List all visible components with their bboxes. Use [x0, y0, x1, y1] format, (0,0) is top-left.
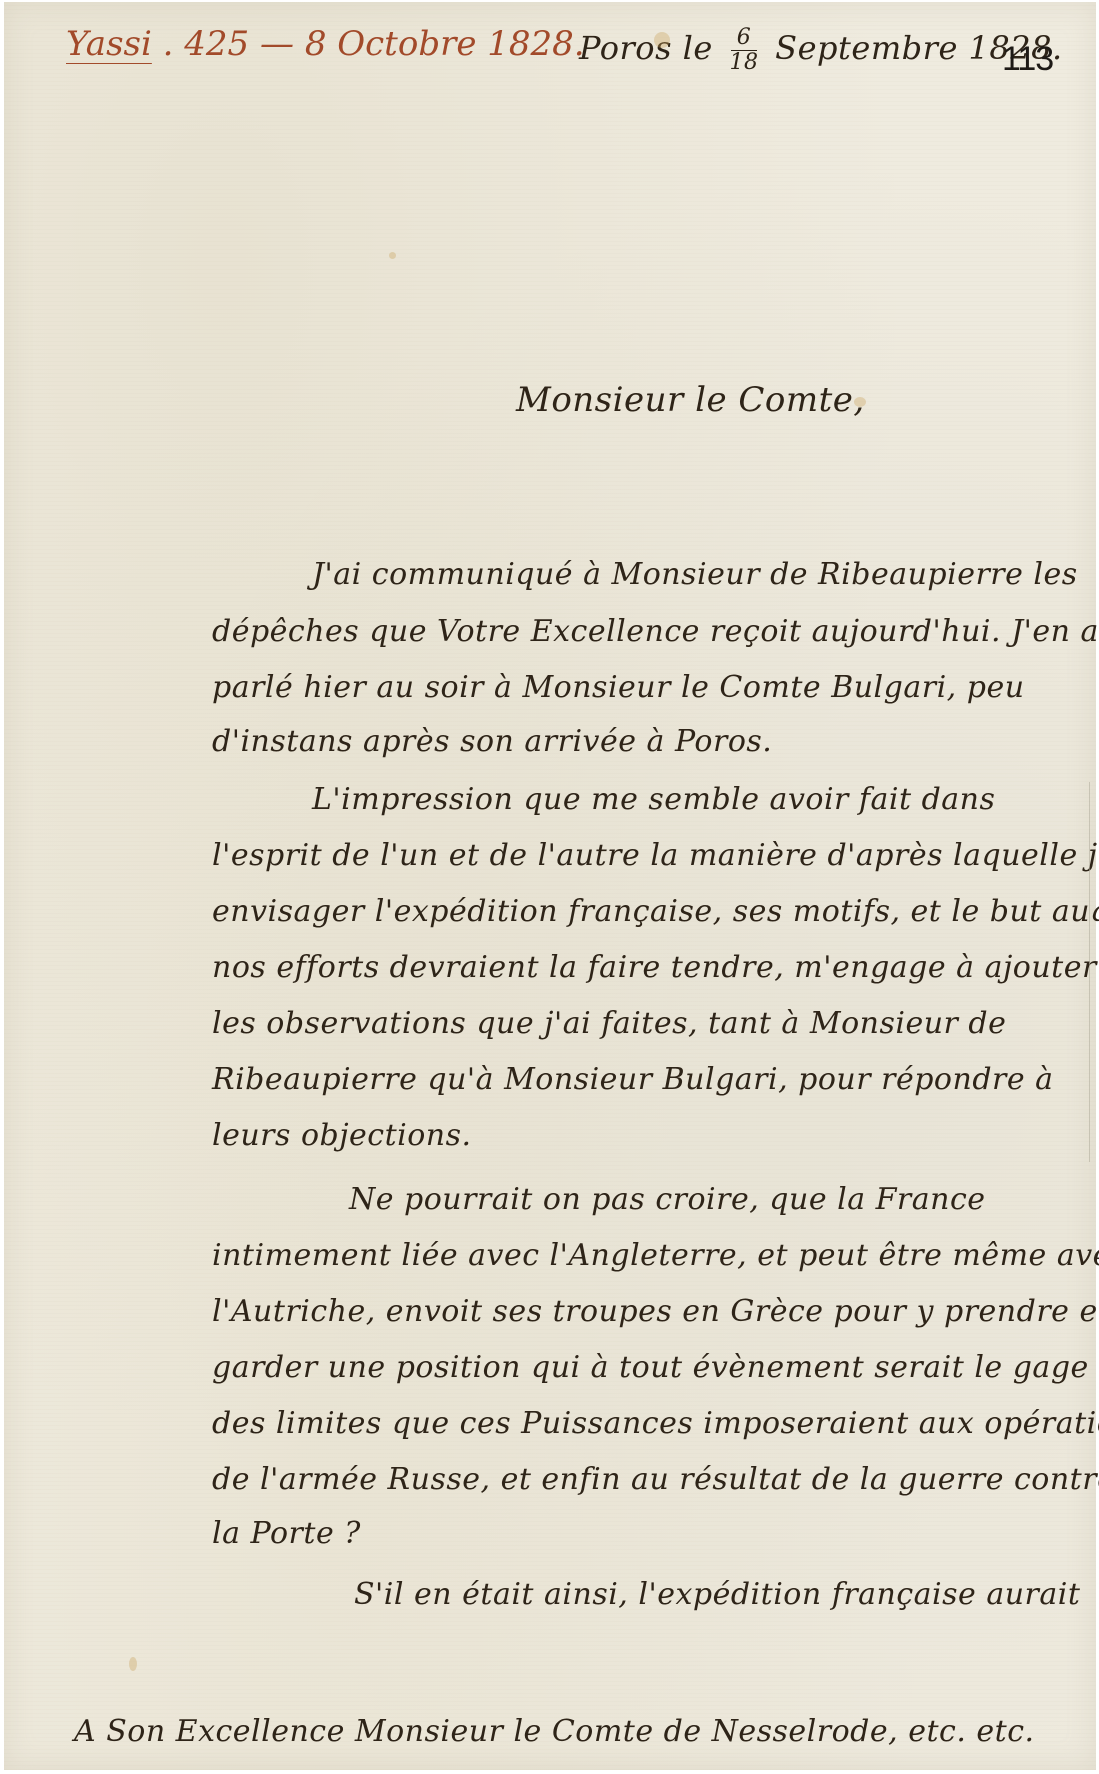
body-line: la Porte ?: [212, 1516, 361, 1551]
folio-number: 113: [1002, 40, 1053, 79]
dateline: Poros le 6 18 Septembre 1828.: [579, 26, 1063, 75]
dual-calendar-day: 6 18: [730, 26, 759, 75]
dateline-place: Poros le: [579, 29, 713, 67]
day-gregorian: 18: [730, 51, 759, 75]
body-line: l'Autriche, envoit ses troupes en Grèce …: [212, 1294, 1099, 1329]
body-line: intimement liée avec l'Angleterre, et pe…: [212, 1238, 1099, 1273]
letter-page: Yassi . 425 — 8 Octobre 1828. Poros le 6…: [4, 2, 1096, 1770]
docket-place: Yassi: [66, 24, 152, 64]
body-line: L'impression que me semble avoir fait da…: [312, 782, 995, 817]
body-line: parlé hier au soir à Monsieur le Comte B…: [212, 670, 1025, 705]
paper-stain: [129, 1657, 137, 1671]
body-line: envisager l'expédition française, ses mo…: [212, 894, 1099, 929]
body-line: d'instans après son arrivée à Poros.: [212, 724, 772, 759]
body-line: les observations que j'ai faites, tant à…: [212, 1006, 1006, 1041]
day-julian: 6: [731, 26, 758, 51]
docket-date: 8 Octobre 1828.: [305, 24, 585, 64]
body-line: leurs objections.: [212, 1118, 472, 1153]
addressee-line: A Son Excellence Monsieur le Comte de Ne…: [74, 1714, 1035, 1749]
body-line: Ne pourrait on pas croire, que la France: [349, 1182, 986, 1217]
body-line: des limites que ces Puissances imposerai…: [212, 1406, 1099, 1441]
docket-number: 425: [184, 24, 249, 64]
docket-separator: .: [163, 24, 174, 64]
salutation: Monsieur le Comte,: [516, 380, 865, 420]
page-edge: [1089, 782, 1096, 1162]
archival-docket: Yassi . 425 — 8 Octobre 1828.: [66, 24, 585, 64]
body-line: nos efforts devraient la faire tendre, m…: [212, 950, 1099, 985]
body-line: dépêches que Votre Excellence reçoit auj…: [212, 614, 1099, 649]
body-line: Ribeaupierre qu'à Monsieur Bulgari, pour…: [212, 1062, 1054, 1097]
paper-stain: [654, 32, 670, 48]
docket-dash: —: [260, 24, 294, 64]
body-line: de l'armée Russe, et enfin au résultat d…: [212, 1462, 1099, 1497]
body-line: l'esprit de l'un et de l'autre la manièr…: [212, 838, 1099, 873]
body-line: J'ai communiqué à Monsieur de Ribeaupier…: [312, 557, 1078, 592]
body-line: garder une position qui à tout évènement…: [212, 1350, 1089, 1385]
body-line: S'il en était ainsi, l'expédition frança…: [354, 1577, 1080, 1612]
paper-stain: [389, 252, 396, 259]
paper-stain: [854, 397, 866, 407]
